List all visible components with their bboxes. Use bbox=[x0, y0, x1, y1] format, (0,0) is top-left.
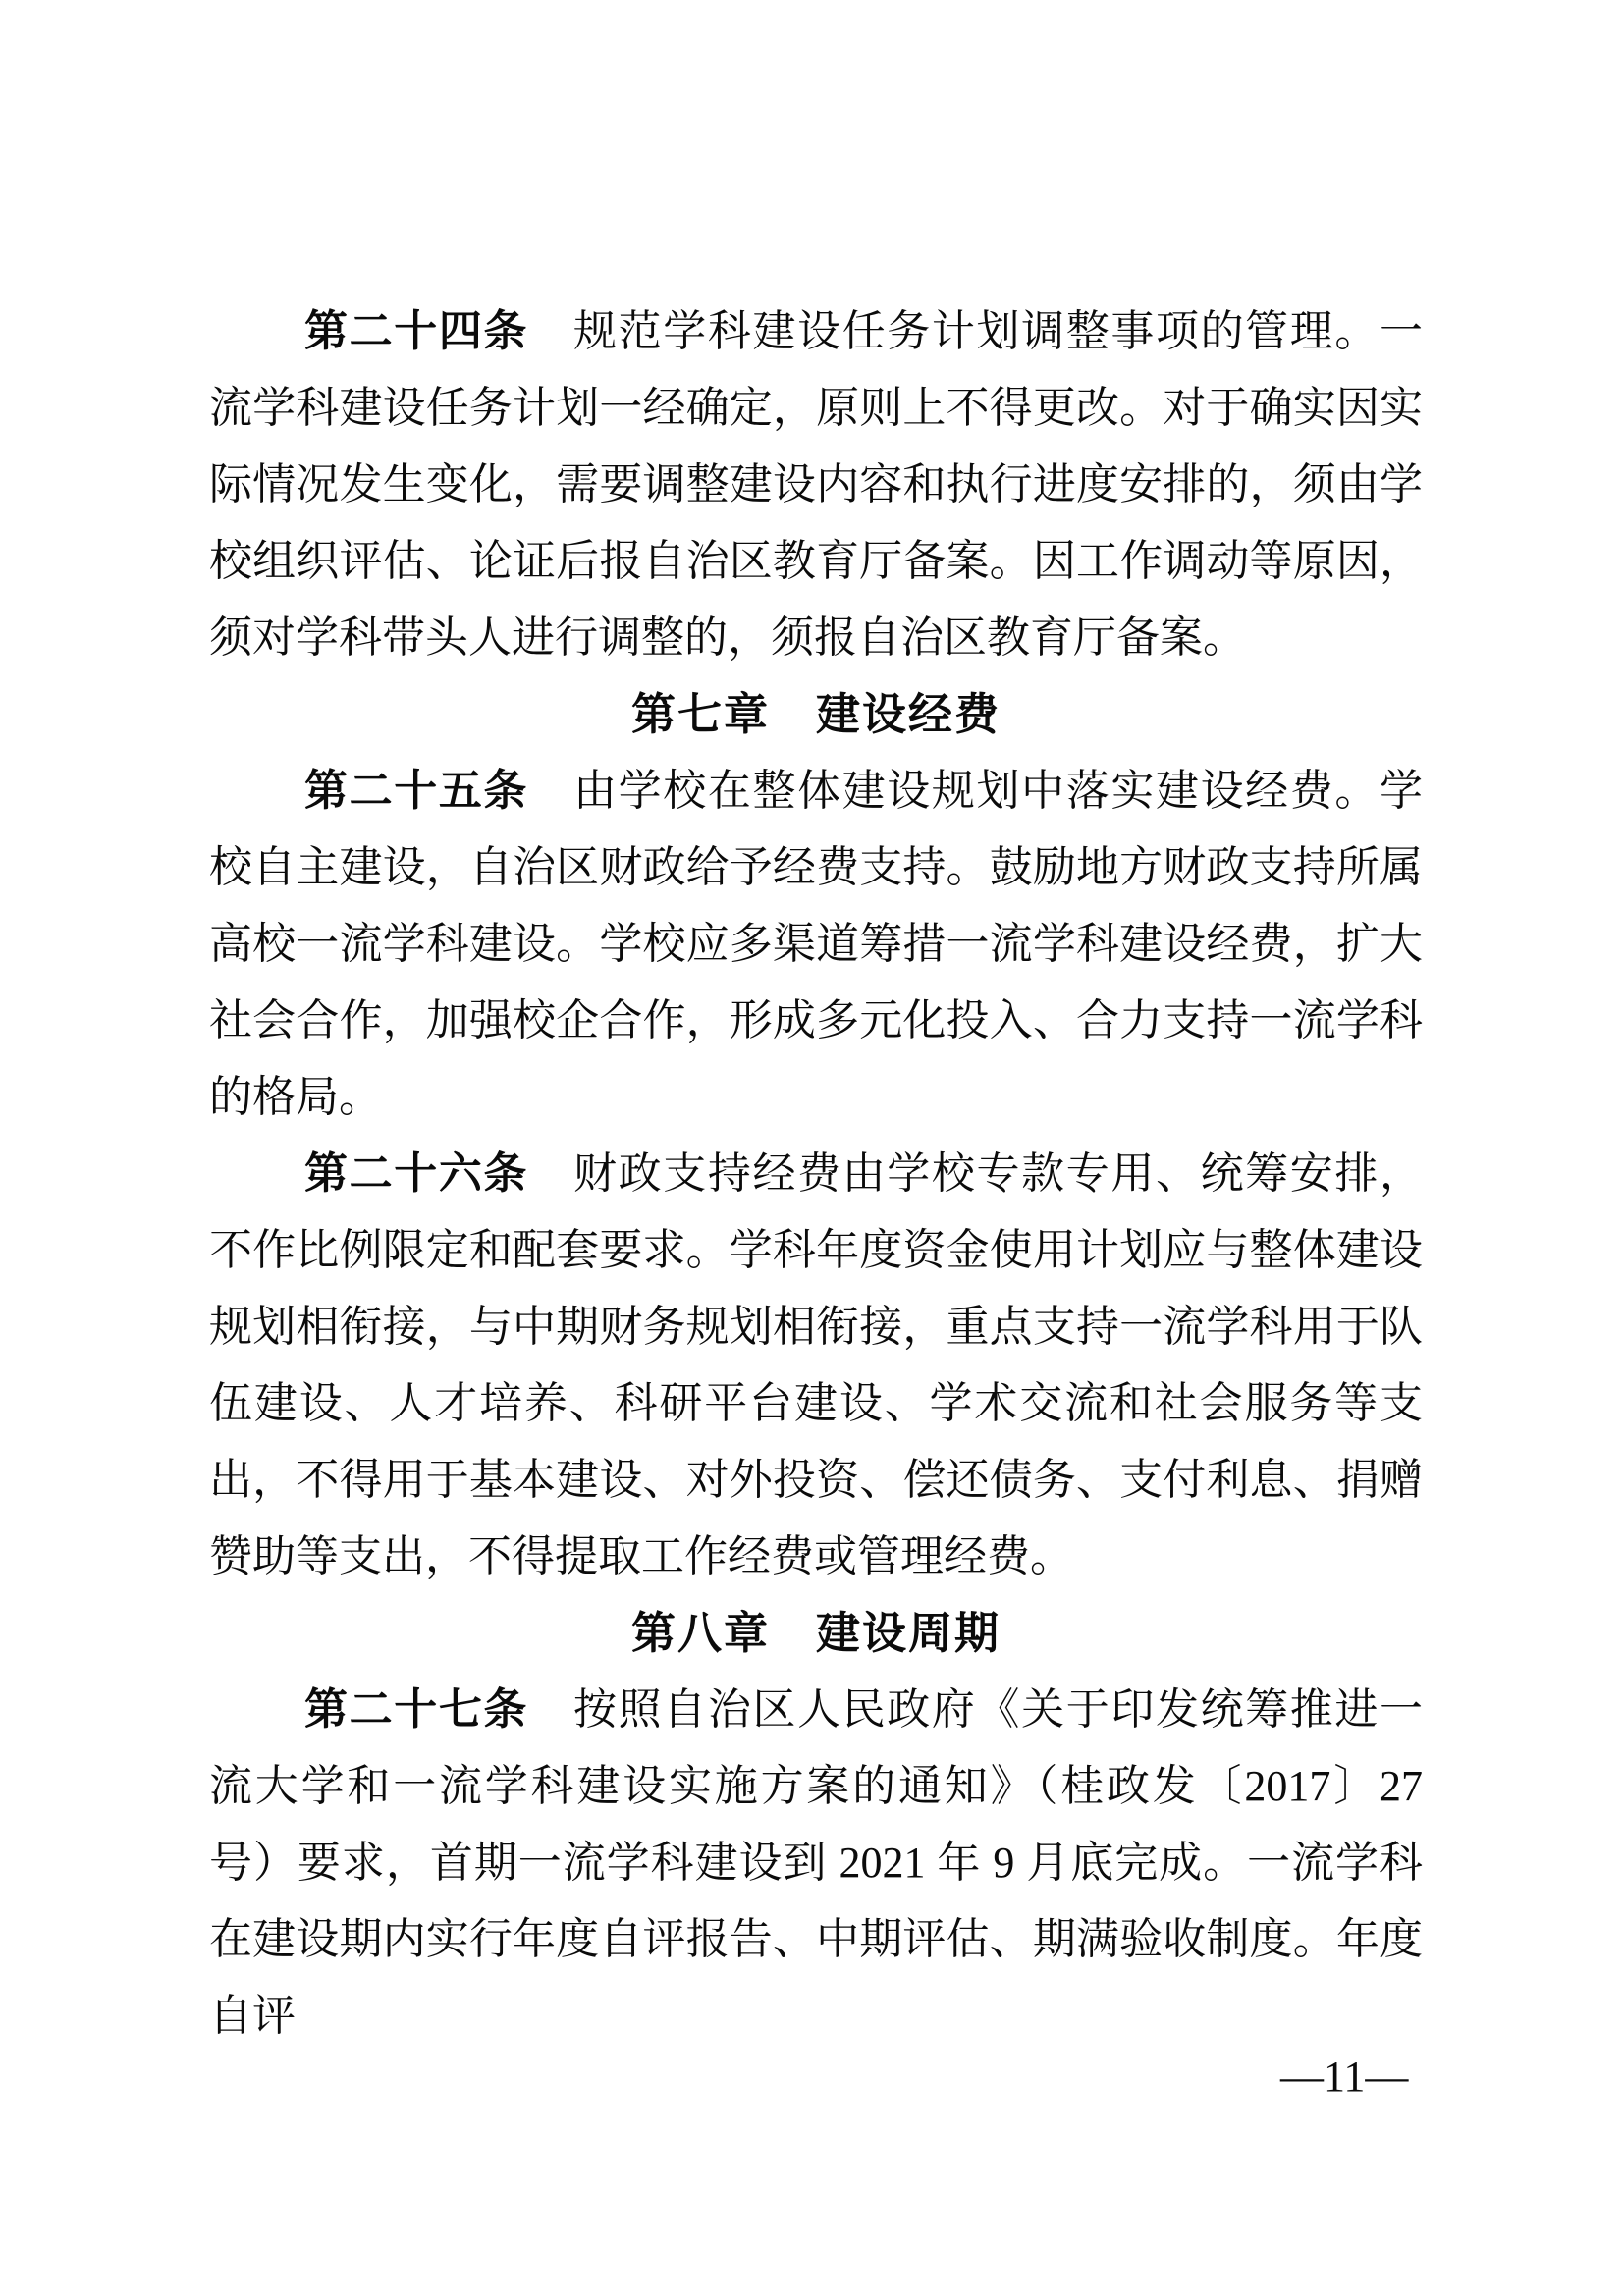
chapter-8-heading: 第八章 建设周期 bbox=[209, 1595, 1423, 1672]
article-27-text: 按照自治区人民政府《关于印发统筹推进一流大学和一流学科建设实施方案的通知》（桂政… bbox=[209, 1685, 1423, 2040]
article-27-paragraph: 第二十七条按照自治区人民政府《关于印发统筹推进一流大学和一流学科建设实施方案的通… bbox=[209, 1672, 1423, 2055]
article-24-text: 规范学科建设任务计划调整事项的管理。一流学科建设任务计划一经确定，原则上不得更改… bbox=[209, 307, 1423, 662]
article-27-number: 第二十七条 bbox=[304, 1684, 528, 1735]
article-25-number: 第二十五条 bbox=[304, 766, 528, 816]
article-26-text: 财政支持经费由学校专款专用、统筹安排，不作比例限定和配套要求。学科年度资金使用计… bbox=[209, 1149, 1423, 1580]
article-25-paragraph: 第二十五条由学校在整体建设规划中落实建设经费。学校自主建设，自治区财政给予经费支… bbox=[209, 753, 1423, 1136]
article-25-text: 由学校在整体建设规划中落实建设经费。学校自主建设，自治区财政给予经费支持。鼓励地… bbox=[209, 767, 1423, 1121]
article-26-number: 第二十六条 bbox=[304, 1148, 528, 1199]
document-page: 第二十四条规范学科建设任务计划调整事项的管理。一流学科建设任务计划一经确定，原则… bbox=[0, 0, 1624, 2296]
page-number: —11— bbox=[1280, 2056, 1408, 2099]
article-24-paragraph: 第二十四条规范学科建设任务计划调整事项的管理。一流学科建设任务计划一经确定，原则… bbox=[209, 294, 1423, 676]
article-26-paragraph: 第二十六条财政支持经费由学校专款专用、统筹安排，不作比例限定和配套要求。学科年度… bbox=[209, 1136, 1423, 1595]
document-body: 第二十四条规范学科建设任务计划调整事项的管理。一流学科建设任务计划一经确定，原则… bbox=[209, 294, 1423, 2055]
article-24-number: 第二十四条 bbox=[304, 306, 528, 356]
chapter-7-heading: 第七章 建设经费 bbox=[209, 676, 1423, 753]
